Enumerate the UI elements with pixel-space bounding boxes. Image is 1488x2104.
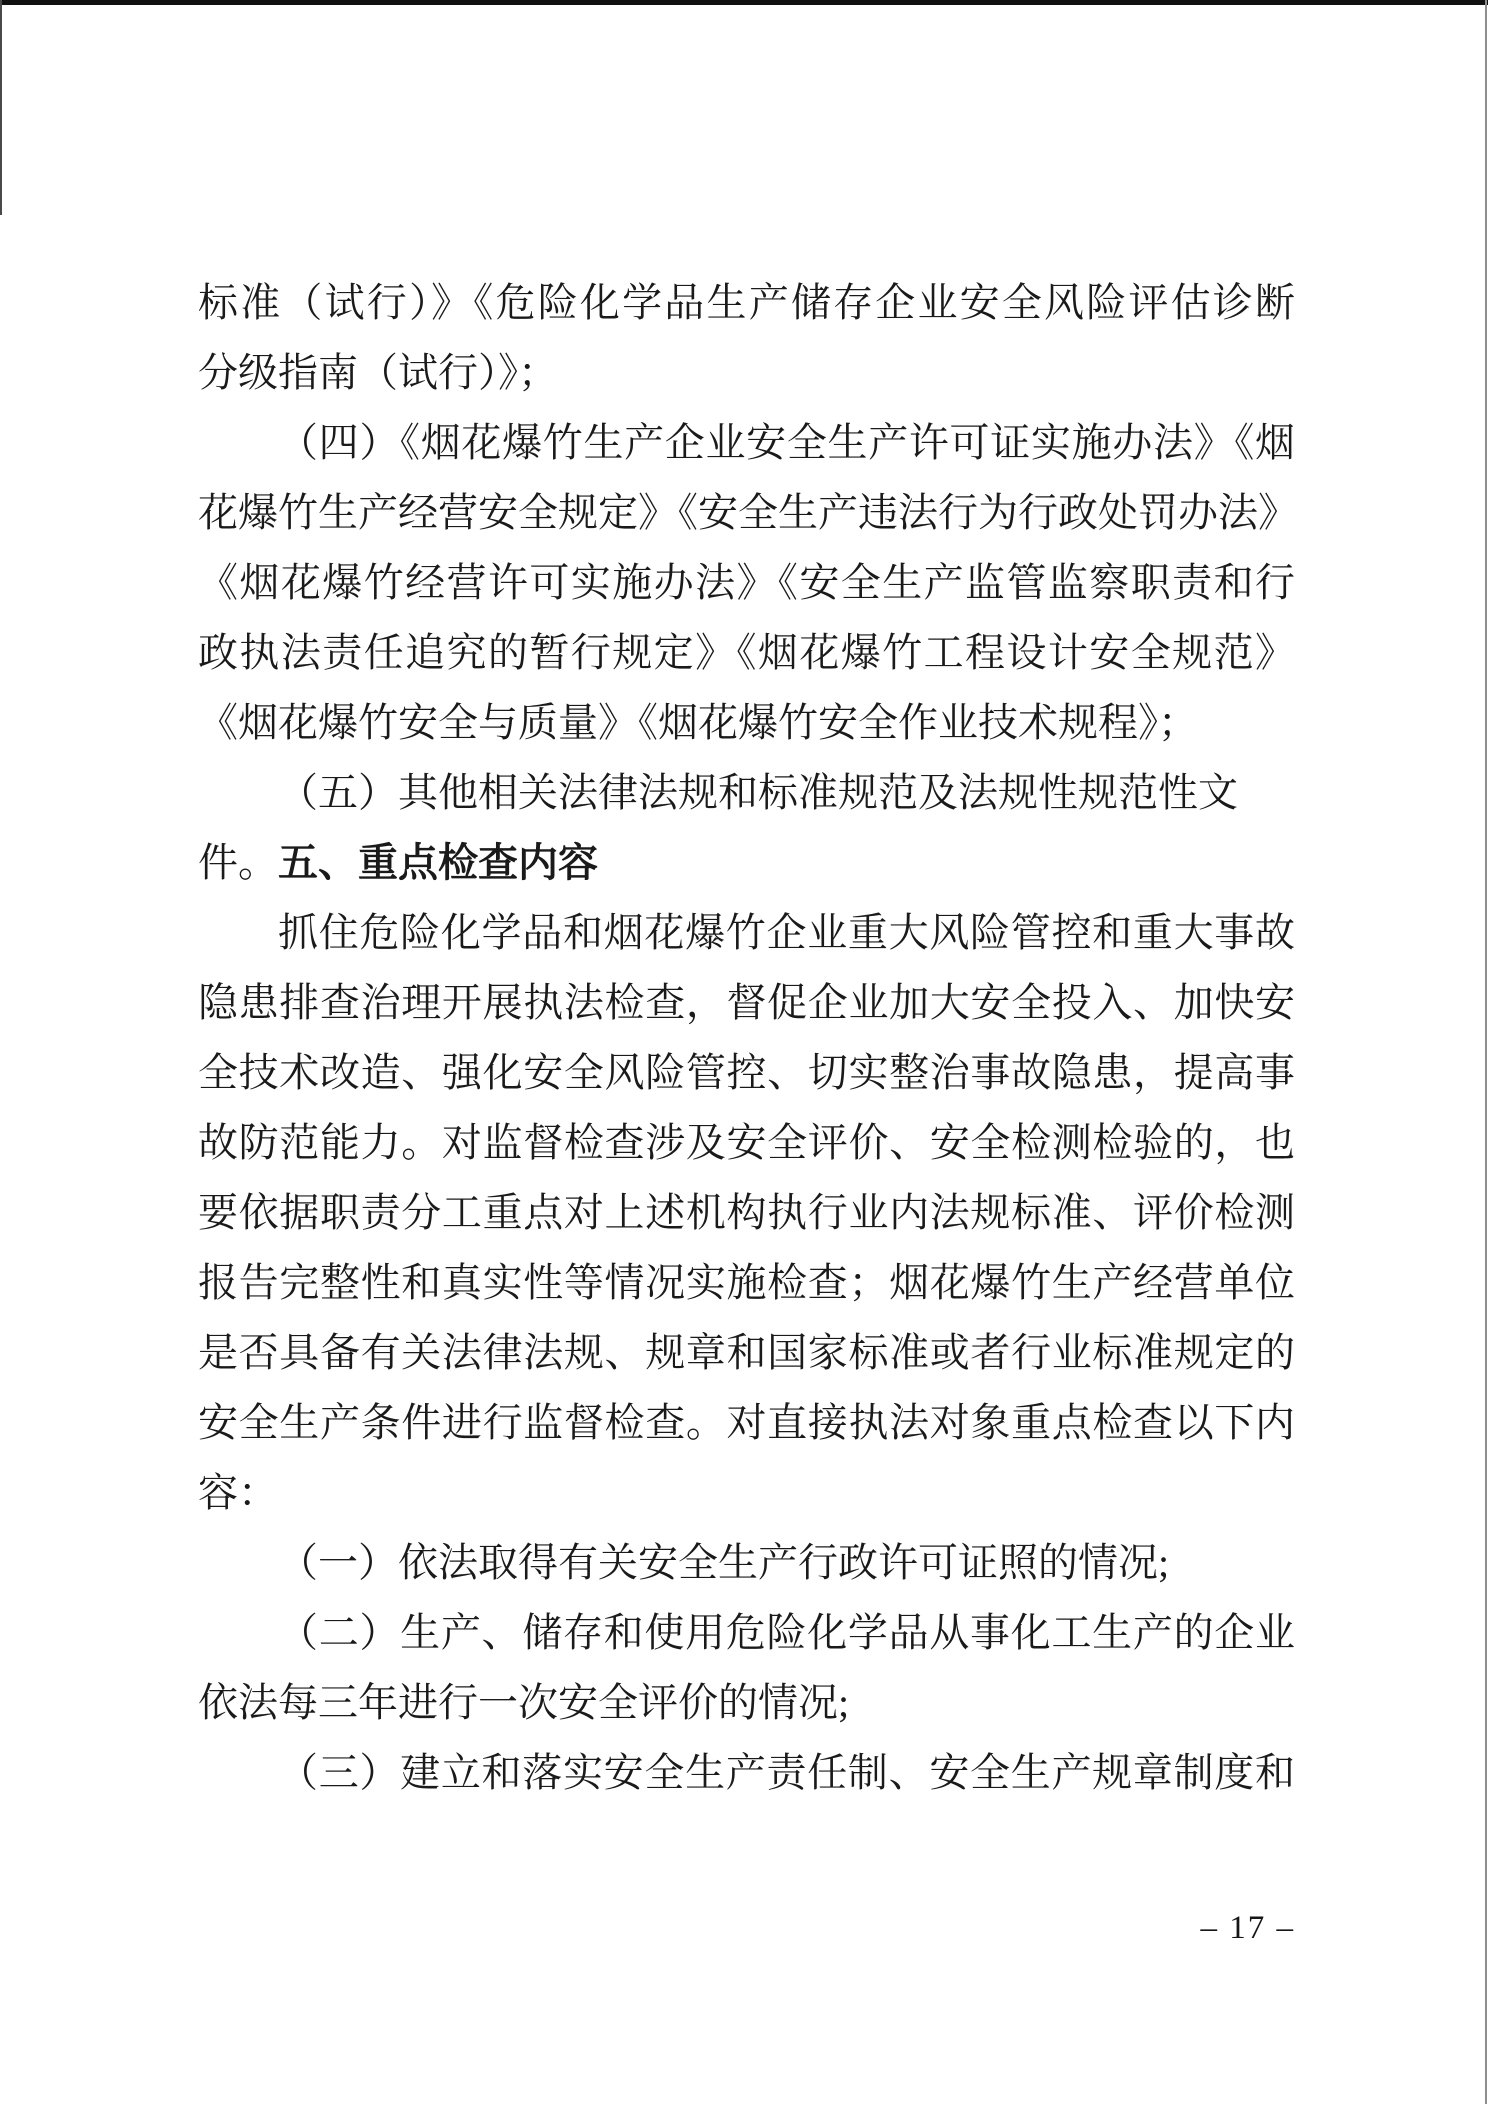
text-line: 安全生产条件进行监督检查。对直接执法对象重点检查以下内 [198,1388,1295,1458]
text-line: 依法每三年进行一次安全评价的情况; [198,1668,1295,1738]
text-line: 隐患排查治理开展执法检查，督促企业加大安全投入、加快安 [198,968,1295,1038]
scan-edge-left [0,0,2,215]
text-line: 分级指南（试行）》； [198,338,1295,408]
text-line: 容： [198,1458,1295,1528]
scan-edge-top [0,0,1488,5]
text-line: （三）建立和落实安全生产责任制、安全生产规章制度和 [198,1738,1295,1808]
text-line: 《烟花爆竹安全与质量》《烟花爆竹安全作业技术规程》； [198,688,1295,758]
text-line: 政执法责任追究的暂行规定》《烟花爆竹工程设计安全规范》 [198,618,1295,688]
text-line: （二）生产、储存和使用危险化学品从事化工生产的企业 [198,1598,1295,1668]
document-page: 标准（试行）》《危险化学品生产储存企业安全风险评估诊断 分级指南（试行）》； （… [0,0,1488,2104]
text-line: 标准（试行）》《危险化学品生产储存企业安全风险评估诊断 [198,268,1295,338]
text-line: 报告完整性和真实性等情况实施检查；烟花爆竹生产经营单位 [198,1248,1295,1318]
text-line: （一）依法取得有关安全生产行政许可证照的情况; [198,1528,1295,1598]
scan-edge-right [1485,0,1487,2104]
page-number: – 17 – [1201,1908,1296,1948]
text-line: 抓住危险化学品和烟花爆竹企业重大风险管控和重大事故 [198,898,1295,968]
text-line: 《烟花爆竹经营许可实施办法》《安全生产监管监察职责和行 [198,548,1295,618]
text-line: 是否具备有关法律法规、规章和国家标准或者行业标准规定的 [198,1318,1295,1388]
text-line: （四）《烟花爆竹生产企业安全生产许可证实施办法》《烟 [198,408,1295,478]
text-line: 故防范能力。对监督检查涉及安全评价、安全检测检验的，也 [198,1108,1295,1178]
text-line: 要依据职责分工重点对上述机构执行业内法规标准、评价检测 [198,1178,1295,1248]
document-body: 标准（试行）》《危险化学品生产储存企业安全风险评估诊断 分级指南（试行）》； （… [198,268,1295,1808]
text-line: 全技术改造、强化安全风险管控、切实整治事故隐患，提高事 [198,1038,1295,1108]
text-line: （五）其他相关法律法规和标准规范及法规性规范性文件。 [198,758,1295,828]
section-heading: 五、重点检查内容 [198,828,1295,898]
text-line: 花爆竹生产经营安全规定》《安全生产违法行为行政处罚办法》 [198,478,1295,548]
